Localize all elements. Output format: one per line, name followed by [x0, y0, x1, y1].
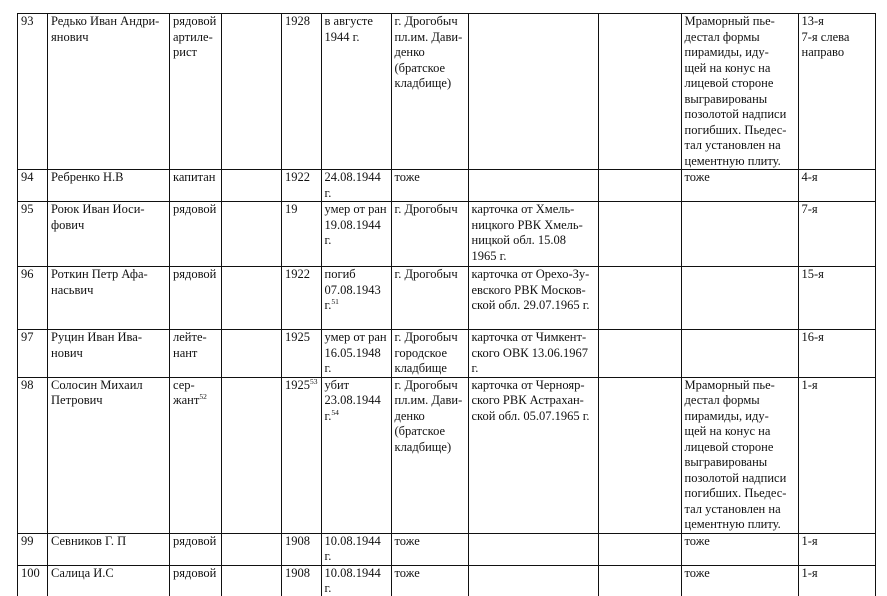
- footnote-ref: 54: [331, 408, 339, 417]
- cell-empty: [598, 202, 681, 267]
- cell-source: [468, 533, 598, 565]
- table-row: 96 Роткин Петр Афа- насьвич рядовой 1922…: [18, 267, 876, 330]
- cell-death: в августе 1944 г.: [321, 14, 391, 170]
- cell-burial-place: г. Дрогобыч пл.им. Дави- денко (братское…: [391, 14, 468, 170]
- cell-number: 100: [18, 565, 48, 596]
- cell-grave-position: 16-я: [798, 330, 875, 378]
- footnote-ref: 53: [310, 377, 318, 386]
- cell-number: 97: [18, 330, 48, 378]
- cell-source: [468, 565, 598, 596]
- cell-name: Роюк Иван Иоси- фович: [48, 202, 170, 267]
- cell-grave-position: 13-я 7-я слева направо: [798, 14, 875, 170]
- cell-monument: тоже: [681, 533, 798, 565]
- document-page: 93 Редько Иван Андри- янович рядовой арт…: [17, 13, 876, 596]
- cell-empty: [598, 170, 681, 202]
- cell-rank: рядовой: [170, 565, 222, 596]
- table-row: 99 Севников Г. П рядовой 1908 10.08.1944…: [18, 533, 876, 565]
- cell-empty: [598, 533, 681, 565]
- table-row: 93 Редько Иван Андри- янович рядовой арт…: [18, 14, 876, 170]
- cell-death: убит 23.08.1944 г.54: [321, 377, 391, 533]
- cell-birth-year: 1908: [282, 565, 322, 596]
- cell-birth-year: 1925: [282, 330, 322, 378]
- cell-number: 94: [18, 170, 48, 202]
- cell-rank: рядовой: [170, 267, 222, 330]
- cell-burial-place: г. Дрогобыч: [391, 267, 468, 330]
- cell-birth-year: 192553: [282, 377, 322, 533]
- cell-name: Солосин Михаил Петрович: [48, 377, 170, 533]
- cell-rank: рядовой: [170, 202, 222, 267]
- table-row: 95 Роюк Иван Иоси- фович рядовой 19 умер…: [18, 202, 876, 267]
- cell-death: умер от ран 19.08.1944 г.: [321, 202, 391, 267]
- cell-monument: [681, 267, 798, 330]
- cell-number: 93: [18, 14, 48, 170]
- footnote-ref: 52: [199, 392, 207, 401]
- cell-burial-place: тоже: [391, 565, 468, 596]
- table-row: 97 Руцин Иван Ива- нович лейте- нант 192…: [18, 330, 876, 378]
- cell-rank: капитан: [170, 170, 222, 202]
- cell-source: [468, 14, 598, 170]
- cell-name: Севников Г. П: [48, 533, 170, 565]
- cell-death: умер от ран 16.05.1948 г.: [321, 330, 391, 378]
- cell-name: Роткин Петр Афа- насьвич: [48, 267, 170, 330]
- cell-monument: [681, 202, 798, 267]
- cell-empty: [598, 377, 681, 533]
- cell-grave-position: 15-я: [798, 267, 875, 330]
- cell-death: 10.08.1944 г.: [321, 533, 391, 565]
- cell-number: 99: [18, 533, 48, 565]
- cell-source: карточка от Чернояр- ского РВК Астрахан-…: [468, 377, 598, 533]
- cell-burial-place: г. Дрогобыч пл.им. Дави- денко (братское…: [391, 377, 468, 533]
- cell-empty: [222, 170, 282, 202]
- cell-empty: [598, 267, 681, 330]
- cell-death: погиб 07.08.1943 г.51: [321, 267, 391, 330]
- cell-grave-position: 1-я: [798, 533, 875, 565]
- cell-name: Салица И.С: [48, 565, 170, 596]
- cell-source: [468, 170, 598, 202]
- cell-monument: [681, 330, 798, 378]
- table-row: 94 Ребренко Н.В капитан 1922 24.08.1944 …: [18, 170, 876, 202]
- cell-number: 95: [18, 202, 48, 267]
- cell-number: 96: [18, 267, 48, 330]
- cell-birth-year: 1922: [282, 267, 322, 330]
- cell-number: 98: [18, 377, 48, 533]
- cell-death: 10.08.1944 г.: [321, 565, 391, 596]
- cell-empty: [598, 565, 681, 596]
- cell-monument: тоже: [681, 170, 798, 202]
- burial-registry-table: 93 Редько Иван Андри- янович рядовой арт…: [17, 13, 876, 596]
- cell-death: 24.08.1944 г.: [321, 170, 391, 202]
- cell-rank: рядовой артиле- рист: [170, 14, 222, 170]
- cell-monument: Мраморный пье- дестал формы пирамиды, ид…: [681, 377, 798, 533]
- table-row: 98 Солосин Михаил Петрович сер- жант52 1…: [18, 377, 876, 533]
- cell-source: карточка от Орехо-Зу- евского РВК Москов…: [468, 267, 598, 330]
- cell-empty: [222, 533, 282, 565]
- cell-rank: сер- жант52: [170, 377, 222, 533]
- cell-monument: Мраморный пье- дестал формы пирамиды, ид…: [681, 14, 798, 170]
- cell-birth-year: 19: [282, 202, 322, 267]
- cell-birth-year: 1908: [282, 533, 322, 565]
- cell-birth-year: 1922: [282, 170, 322, 202]
- cell-name: Редько Иван Андри- янович: [48, 14, 170, 170]
- table-row: 100 Салица И.С рядовой 1908 10.08.1944 г…: [18, 565, 876, 596]
- cell-monument: тоже: [681, 565, 798, 596]
- cell-empty: [222, 14, 282, 170]
- cell-burial-place: тоже: [391, 533, 468, 565]
- cell-grave-position: 1-я: [798, 377, 875, 533]
- cell-birth-year: 1928: [282, 14, 322, 170]
- cell-source: карточка от Хмель- ницкого РВК Хмель- ни…: [468, 202, 598, 267]
- cell-empty: [222, 267, 282, 330]
- cell-burial-place: тоже: [391, 170, 468, 202]
- cell-rank: рядовой: [170, 533, 222, 565]
- cell-name: Ребренко Н.В: [48, 170, 170, 202]
- footnote-ref: 51: [331, 297, 339, 306]
- cell-name: Руцин Иван Ива- нович: [48, 330, 170, 378]
- cell-empty: [222, 565, 282, 596]
- cell-source: карточка от Чимкент- ского ОВК 13.06.196…: [468, 330, 598, 378]
- cell-grave-position: 1-я: [798, 565, 875, 596]
- cell-empty: [598, 330, 681, 378]
- cell-empty: [222, 377, 282, 533]
- cell-empty: [222, 202, 282, 267]
- cell-burial-place: г. Дрогобыч городское кладбище: [391, 330, 468, 378]
- cell-grave-position: 4-я: [798, 170, 875, 202]
- cell-rank: лейте- нант: [170, 330, 222, 378]
- cell-grave-position: 7-я: [798, 202, 875, 267]
- cell-empty: [222, 330, 282, 378]
- cell-empty: [598, 14, 681, 170]
- cell-burial-place: г. Дрогобыч: [391, 202, 468, 267]
